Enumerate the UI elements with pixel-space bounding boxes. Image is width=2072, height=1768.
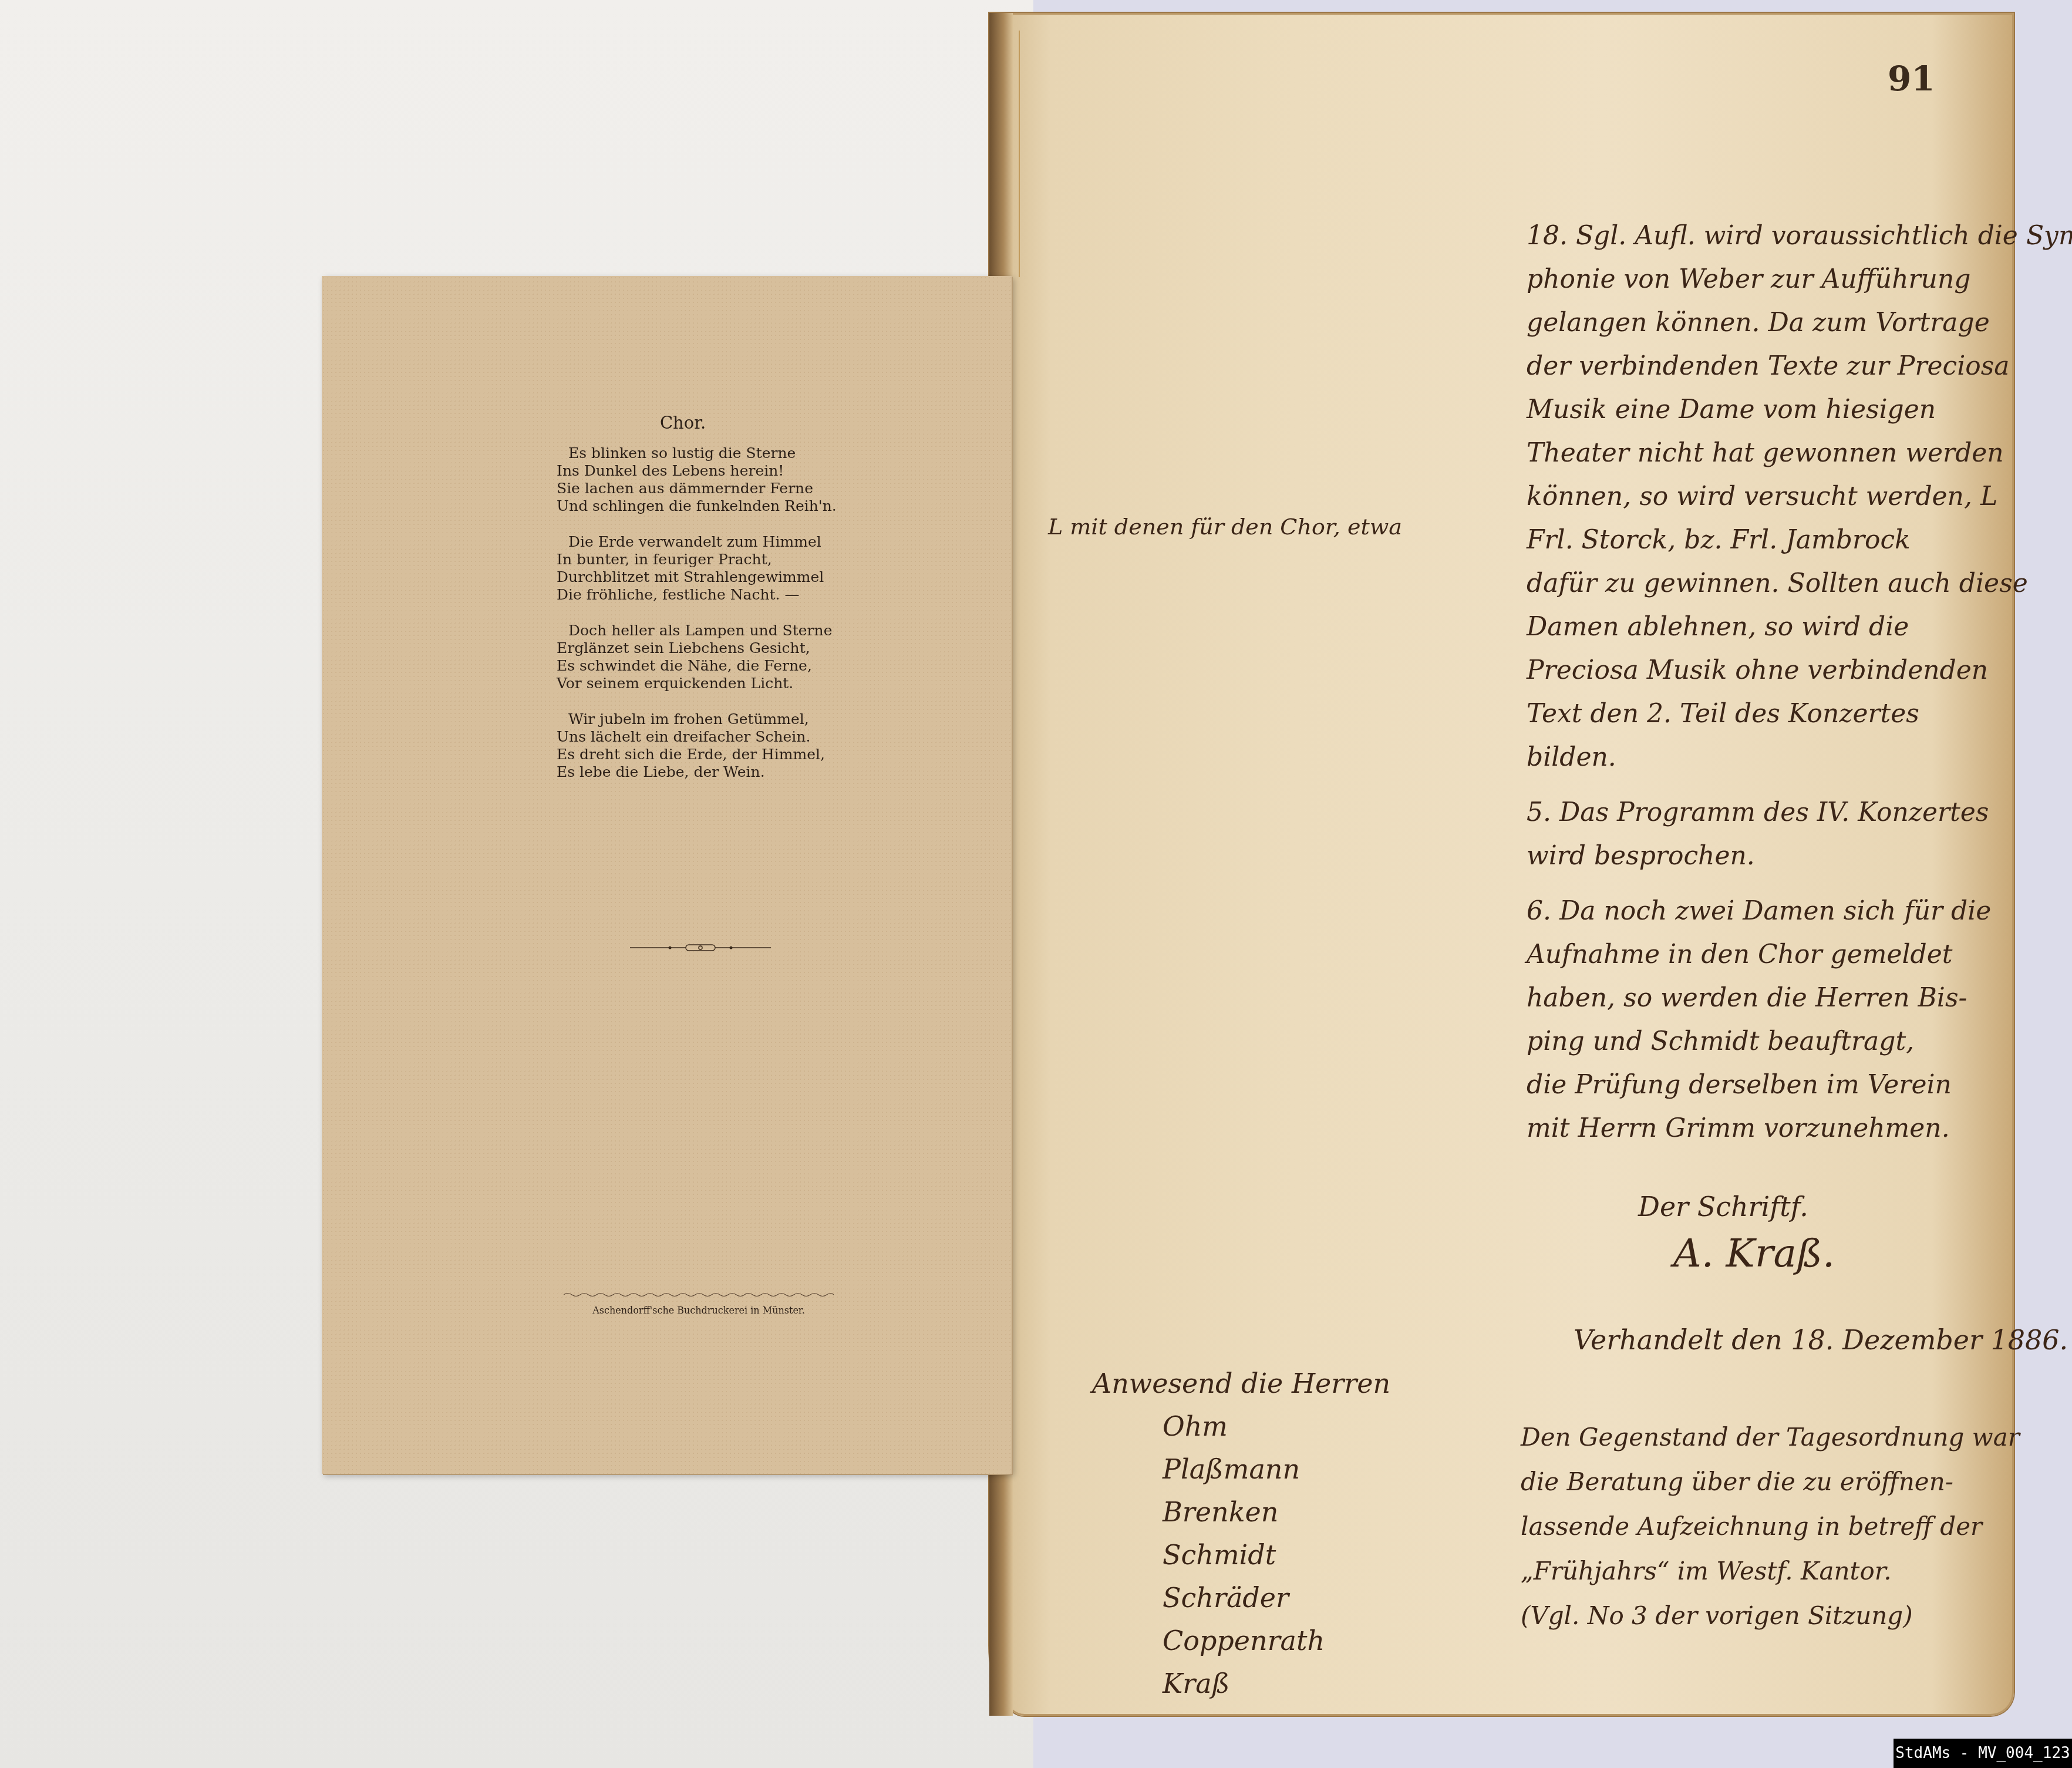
margin-note: L mit denen für den Chor, etwa [1048, 505, 1402, 548]
minutes-line: die Prüfung derselben im Verein [1527, 1063, 2072, 1107]
minutes-line: der verbindenden Texte zur Preciosa [1527, 345, 2072, 388]
signature-name: A. Kraß. [1673, 1230, 1835, 1277]
printer-imprint: Aschendorff'sche Buchdruckerei in Münste… [564, 1292, 834, 1316]
poem-line: Es lebe die Liebe, der Wein. [557, 763, 850, 781]
poem-line: Sie lachen aus dämmernder Ferne [557, 480, 850, 497]
minutes-items: 18. Sgl. Aufl. wird voraussichtlich die … [1527, 214, 2072, 1162]
minutes-line: Text den 2. Teil des Konzertes [1527, 692, 2072, 736]
ornament-divider-icon [630, 944, 771, 952]
poem-line: Und schlingen die funkelnden Reih'n. [557, 497, 850, 515]
minutes-line: Damen ablehnen, so wird die [1527, 605, 2072, 649]
attendee-name: Coppenrath [1163, 1619, 1390, 1662]
stanza-4: Wir jubeln im frohen Getümmel, Uns läche… [557, 710, 850, 781]
minutes-line: 18. Sgl. Aufl. wird voraussichtlich die … [1527, 214, 2072, 258]
minutes-line: wird besprochen. [1527, 834, 2072, 878]
attendee-names: Ohm Plaßmann Brenken Schmidt Schräder Co… [1092, 1405, 1390, 1705]
poem-line: Uns lächelt ein dreifacher Schein. [557, 728, 850, 746]
poem-line: Wir jubeln im frohen Getümmel, [557, 710, 850, 728]
minutes-line: Musik eine Dame vom hiesigen [1527, 388, 2072, 432]
signature-role: Der Schriftf. [1638, 1183, 1835, 1230]
attendee-name: Schräder [1163, 1577, 1390, 1619]
minutes-line: Aufnahme in den Chor gemeldet [1527, 933, 2072, 976]
minutes-line: 6. Da noch zwei Damen sich für die [1527, 890, 2072, 933]
attendee-name: Plaßmann [1163, 1448, 1390, 1491]
minutes-line: können, so wird versucht werden, L [1527, 475, 2072, 518]
fold-line [1019, 31, 1020, 277]
minutes-item-4: 18. Sgl. Aufl. wird voraussichtlich die … [1527, 214, 2072, 779]
poem-title: Chor. [516, 414, 850, 432]
minutes-line: haben, so werden die Herren Bis- [1527, 976, 2072, 1020]
minutes-line: Preciosa Musik ohne verbindenden [1527, 649, 2072, 692]
archive-label: StdAMs - MV_004_123 [1894, 1739, 2072, 1768]
minutes-line: dafür zu gewinnen. Sollten auch diese [1527, 562, 2072, 605]
minutes-item-6: 6. Da noch zwei Damen sich für die Aufna… [1527, 890, 2072, 1150]
minutes-line: gelangen können. Da zum Vortrage [1527, 301, 2072, 345]
printed-song-sheet: Chor. Es blinken so lustig die Sterne In… [322, 276, 1012, 1474]
agenda-text: Den Gegenstand der Tagesordnung war die … [1521, 1415, 2020, 1638]
minutes-line: 5. Das Programm des IV. Konzertes [1527, 791, 2072, 834]
attendees-list: Anwesend die Herren Ohm Plaßmann Brenken… [1092, 1362, 1390, 1705]
minutes-line: phonie von Weber zur Aufführung [1527, 258, 2072, 301]
stanza-1: Es blinken so lustig die Sterne Ins Dunk… [557, 444, 850, 515]
poem-line: Durchblitzet mit Strahlengewimmel [557, 568, 850, 586]
agenda-line: „Frühjahrs“ im Westf. Kantor. [1521, 1549, 2020, 1594]
agenda-line: lassende Aufzeichnung in betreff der [1521, 1504, 2020, 1549]
agenda-line: Den Gegenstand der Tagesordnung war [1521, 1415, 2020, 1460]
attendee-name: Brenken [1163, 1491, 1390, 1534]
agenda-line: (Vgl. No 3 der vorigen Sitzung) [1521, 1594, 2020, 1638]
agenda-line: die Beratung über die zu eröffnen- [1521, 1460, 2020, 1504]
poem-line: Es blinken so lustig die Sterne [557, 444, 850, 462]
signature-block: Der Schriftf. A. Kraß. [1638, 1183, 1835, 1277]
poem: Chor. Es blinken so lustig die Sterne In… [557, 414, 850, 799]
attendees-heading: Anwesend die Herren [1092, 1362, 1390, 1405]
minutes-line: Frl. Storck, bz. Frl. Jambrock [1527, 518, 2072, 562]
minutes-item-5: 5. Das Programm des IV. Konzertes wird b… [1527, 791, 2072, 878]
poem-line: Ins Dunkel des Lebens herein! [557, 462, 850, 480]
printer-imprint-text: Aschendorff'sche Buchdruckerei in Münste… [564, 1305, 834, 1316]
stanza-3: Doch heller als Lampen und Sterne Erglän… [557, 622, 850, 692]
poem-line: Vor seinem erquickenden Licht. [557, 675, 850, 692]
minutes-line: ping und Schmidt beauftragt, [1527, 1020, 2072, 1063]
stanza-2: Die Erde verwandelt zum Himmel In bunter… [557, 533, 850, 604]
poem-line: Es dreht sich die Erde, der Himmel, [557, 746, 850, 763]
session-dateline: Verhandelt den 18. Dezember 1886. [1574, 1318, 2068, 1362]
poem-line: Die Erde verwandelt zum Himmel [557, 533, 850, 551]
attendee-name: Ohm [1163, 1405, 1390, 1448]
poem-line: Doch heller als Lampen und Sterne [557, 622, 850, 639]
minutes-line: bilden. [1527, 736, 2072, 779]
poem-line: Erglänzet sein Liebchens Gesicht, [557, 639, 850, 657]
minutes-line: mit Herrn Grimm vorzunehmen. [1527, 1107, 2072, 1150]
page-number: 91 [1888, 59, 1935, 99]
minutes-line: Theater nicht hat gewonnen werden [1527, 432, 2072, 475]
poem-line: In bunter, in feuriger Pracht, [557, 551, 850, 568]
attendee-name: Kraß [1163, 1662, 1390, 1705]
poem-line: Die fröhliche, festliche Nacht. — [557, 586, 850, 604]
attendee-name: Schmidt [1163, 1534, 1390, 1577]
wavy-rule-icon [564, 1292, 834, 1298]
poem-line: Es schwindet die Nähe, die Ferne, [557, 657, 850, 675]
